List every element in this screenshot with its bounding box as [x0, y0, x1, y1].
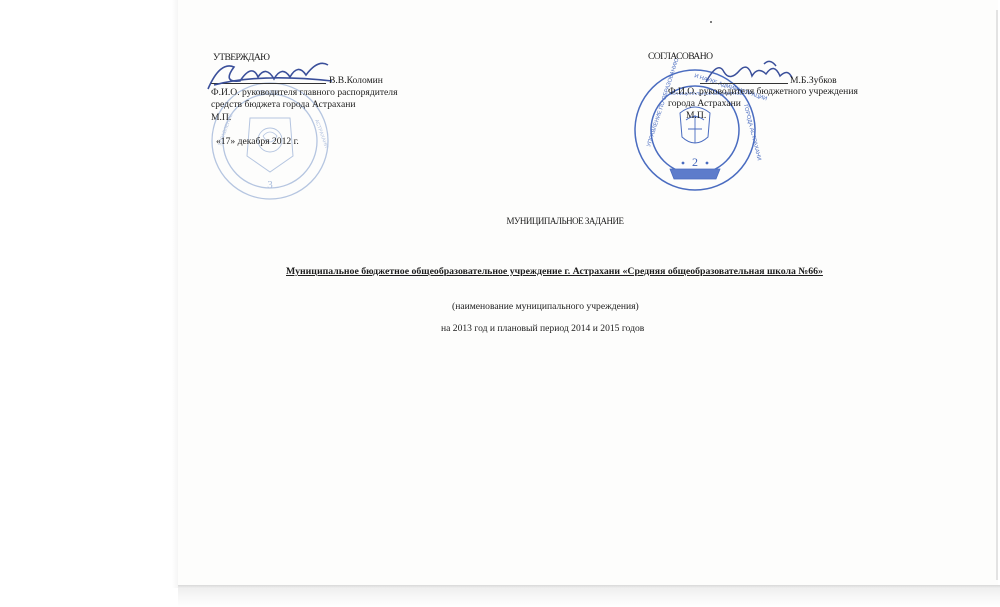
approve-signer-name: В.В.Коломин [329, 75, 383, 86]
agree-role-line-1: Ф.И.О. руководителя бюджетного учреждени… [668, 86, 858, 97]
scan-page-edge [996, 10, 998, 580]
document-title: МУНИЦИПАЛЬНОЕ ЗАДАНИЕ [0, 216, 1000, 227]
agree-signer-name: М.Б.Зубков [790, 75, 837, 86]
agree-role-line-2: города Астрахани [668, 98, 741, 109]
institution-caption: (наименование муниципального учреждения) [452, 301, 639, 312]
approve-date: «17» декабря 2012 г. [216, 136, 299, 147]
agree-seal-mark: М.П. [686, 110, 706, 121]
planning-period: на 2013 год и плановый период 2014 и 201… [441, 323, 644, 334]
scan-speck [710, 21, 712, 23]
stamp-right-number: 2 [692, 155, 698, 169]
scan-bottom-edge [178, 585, 1000, 607]
stamp-left-number: 3 [267, 179, 273, 191]
approve-role-line-2: средств бюджета города Астрахани [211, 99, 355, 110]
approve-role-line-1: Ф.И.О. руководителя главного распорядите… [211, 87, 397, 98]
svg-text:АСТРАХАНИ: АСТРАХАНИ [313, 119, 329, 150]
approve-seal-mark: М.П. [211, 112, 231, 123]
institution-name: Муниципальное бюджетное общеобразователь… [286, 266, 823, 277]
